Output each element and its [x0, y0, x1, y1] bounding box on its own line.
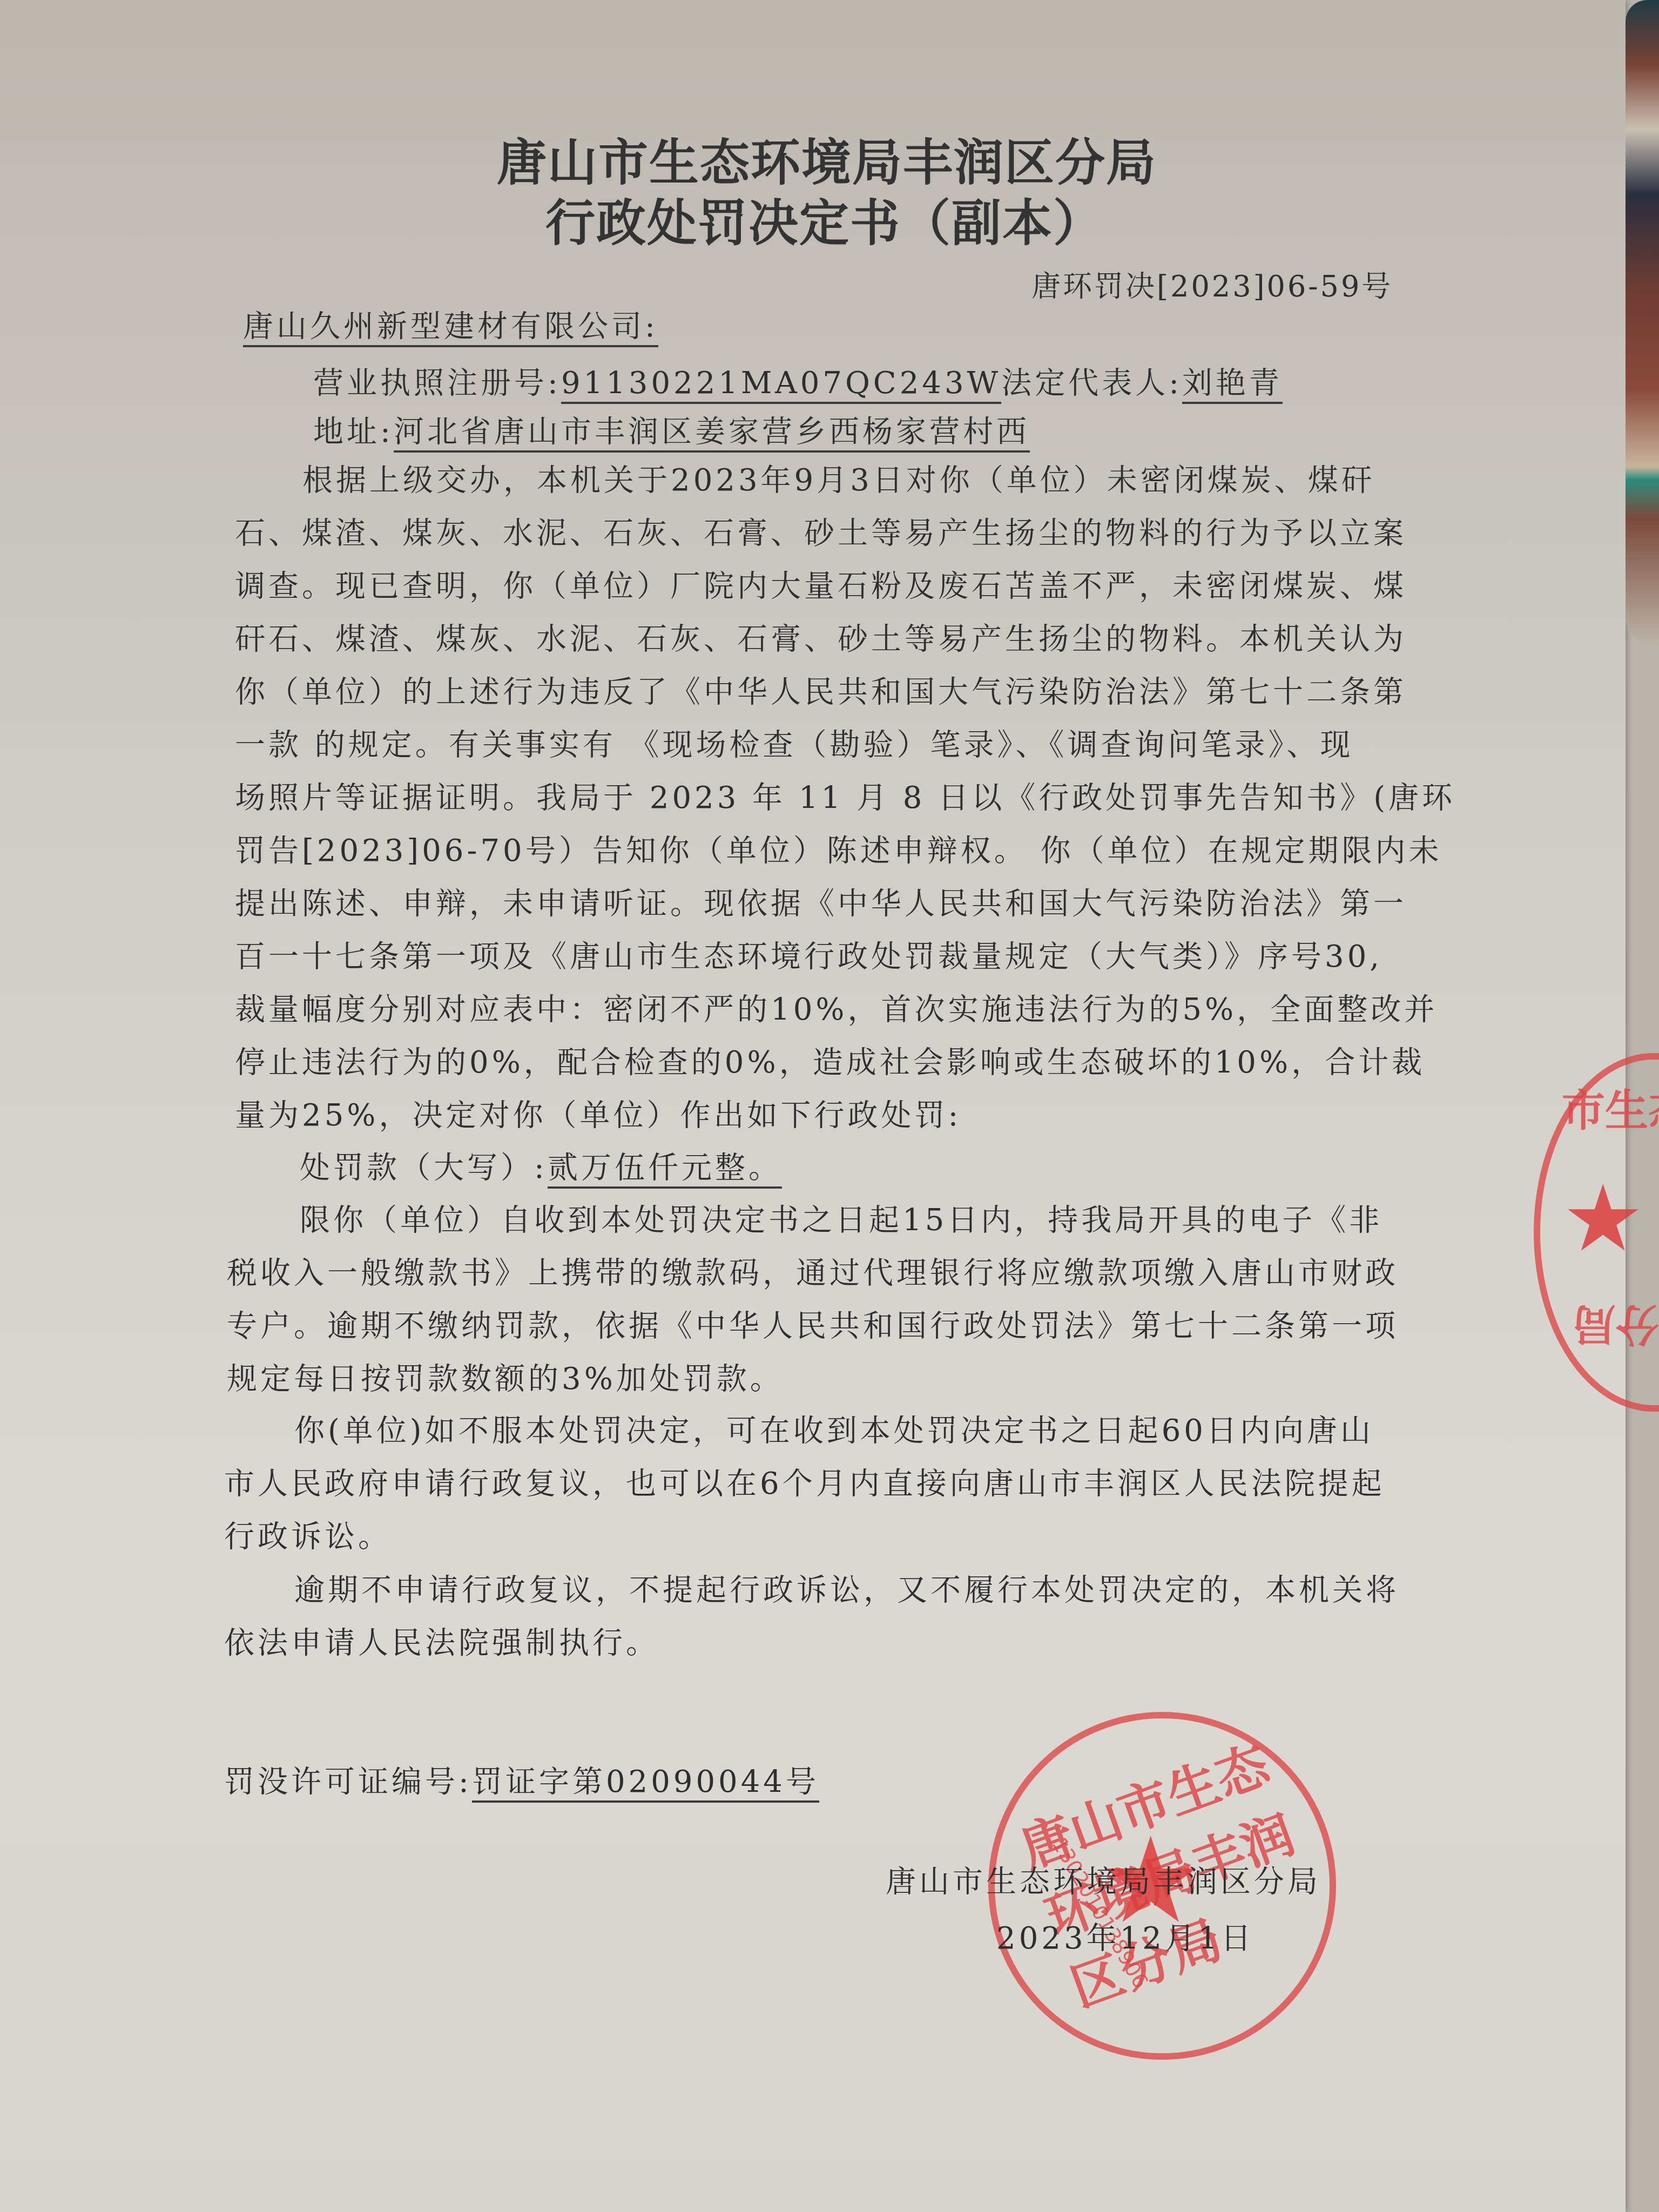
- text-line: 根据上级交办，本机关于2023年9月3日对你（单位）未密闭煤炭、煤矸: [302, 456, 1375, 500]
- text-line: 行政诉讼。: [224, 1513, 392, 1556]
- side-seal-bottom-text: 分局: [1573, 1297, 1659, 1359]
- text-line: 裁量幅度分别对应表中：密闭不严的10%，首次实施违法行为的5%，全面整改并: [235, 986, 1438, 1029]
- text-line: 逾期不申请行政复议，不提起行政诉讼，又不履行本处罚决定的，本机关将: [294, 1566, 1399, 1609]
- text-line: 限你（单位）自收到本处罚决定书之日起15日内，持我局开具的电子《非: [300, 1196, 1382, 1239]
- text-line: 量为25%，决定对你（单位）作出如下行政处罚:: [235, 1091, 961, 1135]
- text-line: 专户。逾期不缴纳罚款，依据《中华人民共和国行政处罚法》第七十二条第一项: [227, 1302, 1399, 1345]
- recipient-name: 唐山久州新型建材有限公司:: [243, 302, 658, 346]
- address-value: 河北省唐山市丰润区姜家营乡西杨家营村西: [394, 414, 1030, 453]
- title-line-2: 行政处罚决定书（副本）: [545, 184, 1104, 255]
- side-seal-star-icon: ★: [1562, 1173, 1644, 1265]
- background-object: [1626, 0, 1659, 648]
- text-line: 你（单位）的上述行为违反了《中华人民共和国大气污染防治法》第七十二条第: [235, 668, 1407, 711]
- address-row: 地址:河北省唐山市丰润区姜家营乡西杨家营村西: [313, 408, 1030, 451]
- address-label: 地址:: [313, 414, 394, 449]
- recipient-company: 唐山久州新型建材有限公司:: [243, 309, 658, 347]
- license-number: 91130221MA07QC243W: [561, 366, 1001, 404]
- text-line: 提出陈述、申辩，未申请听证。现依据《中华人民共和国大气污染防治法》第一: [235, 880, 1407, 923]
- text-line: 调查。现已查明，你（单位）厂院内大量石粉及废石苫盖不严，未密闭煤炭、煤: [235, 562, 1407, 605]
- text-line: 你(单位)如不服本处罚决定，可在收到本处罚决定书之日起60日内向唐山: [294, 1407, 1374, 1450]
- text-line: 一款 的规定。有关事实有 《现场检查（勘验）笔录》、《调查询问笔录》、现: [235, 721, 1354, 764]
- text-line: 停止违法行为的0%，配合检查的0%，造成社会影响或生态破坏的10%，合计裁: [235, 1038, 1425, 1082]
- text-line: 场照片等证据证明。我局于 2023 年 11 月 8 日以《行政处罚事先告知书》…: [235, 774, 1455, 817]
- legal-rep: 刘艳青: [1182, 366, 1283, 404]
- penalty-label: 处罚款（大写）:: [300, 1150, 548, 1185]
- issue-date: 2023年12月1日: [996, 1914, 1254, 1958]
- document-page: 唐山市生态环境局丰润区分局 行政处罚决定书（副本） 唐环罚决[2023]06-5…: [0, 0, 1626, 2212]
- text-line: 市人民政府申请行政复议，也可以在6个月内直接向唐山市丰润区人民法院提起: [224, 1460, 1385, 1503]
- text-line: 依法申请人民法院强制执行。: [224, 1619, 659, 1662]
- text-line: 矸石、煤渣、煤灰、水泥、石灰、石膏、砂土等易产生扬尘的物料。本机关认为: [235, 615, 1407, 658]
- permit-label: 罚没许可证编号:: [224, 1764, 472, 1799]
- issuer-name: 唐山市生态环境局丰润区分局: [886, 1858, 1321, 1901]
- license-row: 营业执照注册号:91130221MA07QC243W法定代表人:刘艳青: [313, 359, 1283, 402]
- text-line: 百一十七条第一项及《唐山市生态环境行政处罚裁量规定（大气类）》序号30,: [235, 933, 1382, 976]
- license-label: 营业执照注册号:: [313, 366, 561, 401]
- text-line: 罚告[2023]06-70号）告知你（单位）陈述申辩权。 你（单位）在规定期限内…: [235, 827, 1442, 870]
- side-seal-top-text: 市生态: [1562, 1076, 1659, 1138]
- text-line: 石、煤渣、煤灰、水泥、石灰、石膏、砂土等易产生扬尘的物料的行为予以立案: [235, 509, 1407, 552]
- permit-value: 罚证字第02090044号: [472, 1764, 819, 1803]
- legal-rep-label: 法定代表人:: [1001, 366, 1182, 401]
- penalty-row: 处罚款（大写）:贰万伍仟元整。: [300, 1144, 782, 1187]
- permit-row: 罚没许可证编号:罚证字第02090044号: [224, 1758, 819, 1801]
- text-line: 规定每日按罚款数额的3%加处罚款。: [227, 1355, 784, 1398]
- penalty-amount: 贰万伍仟元整。: [548, 1150, 782, 1189]
- document-number: 唐环罚决[2023]06-59号: [1031, 264, 1393, 305]
- text-line: 税收入一般缴款书》上携带的缴款码，通过代理银行将应缴款项缴入唐山市财政: [227, 1249, 1399, 1292]
- side-seal-partial: 市生态 ★ 分局: [1534, 1053, 1659, 1412]
